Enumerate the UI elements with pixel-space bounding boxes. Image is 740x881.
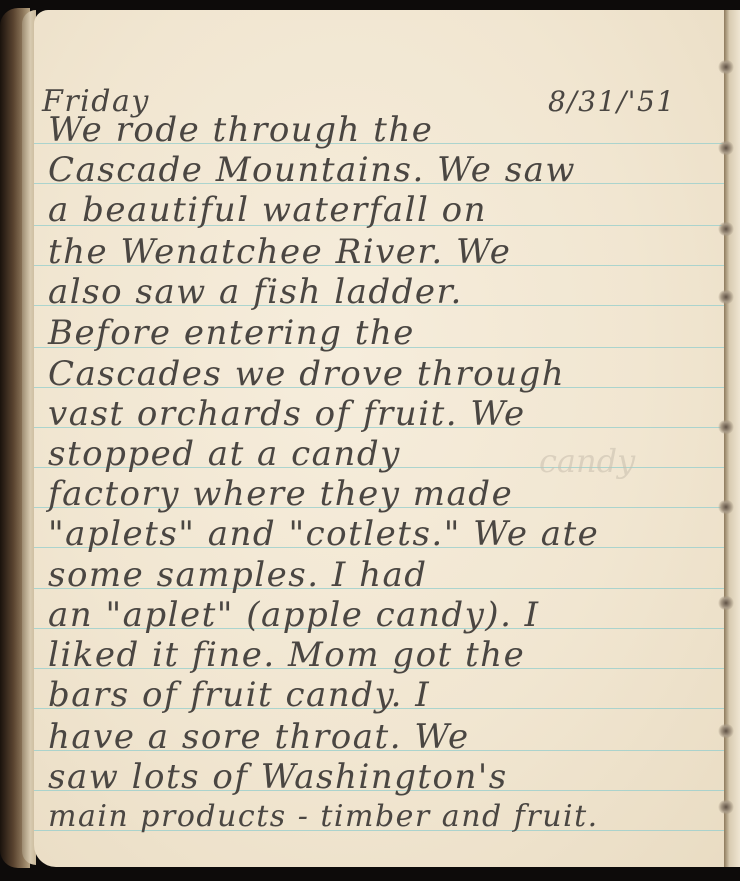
diary-line: Before entering the: [48, 313, 415, 353]
diary-line: stopped at a candy: [48, 434, 401, 474]
diary-line: We rode through the: [48, 110, 433, 150]
diary-line: Cascades we drove through: [48, 354, 565, 394]
diary-line: saw lots of Washington's: [48, 757, 508, 797]
entry-date: 8/31/'51: [548, 82, 726, 122]
bleed-through-text: candy: [539, 442, 635, 480]
diary-line: Cascade Mountains. We saw: [48, 150, 576, 190]
diary-line: liked it fine. Mom got the: [48, 635, 525, 675]
binding-stitch: [718, 222, 734, 236]
binding-stitch: [718, 500, 734, 514]
binding-gutter: [724, 10, 740, 867]
binding-stitch: [718, 290, 734, 304]
diary-line: some samples. I had: [48, 555, 428, 595]
binding-stitch: [718, 596, 734, 610]
binding-stitch: [718, 724, 734, 738]
diary-line: vast orchards of fruit. We: [48, 394, 526, 434]
diary-line: have a sore throat. We: [48, 717, 470, 757]
binding-stitch: [718, 60, 734, 74]
diary-line: factory where they made: [48, 474, 513, 514]
diary-line: main products - timber and fruit.: [48, 797, 599, 837]
diary-line: the Wenatchee River. We: [48, 232, 511, 272]
diary-line: a beautiful waterfall on: [48, 190, 487, 230]
binding-stitch: [718, 420, 734, 434]
binding-stitch: [718, 800, 734, 814]
diary-line: bars of fruit candy. I: [48, 675, 430, 715]
diary-line: "aplets" and "cotlets." We ate: [48, 514, 599, 554]
diary-line: also saw a fish ladder.: [48, 272, 463, 312]
diary-line: an "aplet" (apple candy). I: [48, 595, 540, 635]
binding-stitch: [718, 141, 734, 155]
diary-page: candy Friday 8/31/'51 We rode through th…: [34, 10, 726, 867]
